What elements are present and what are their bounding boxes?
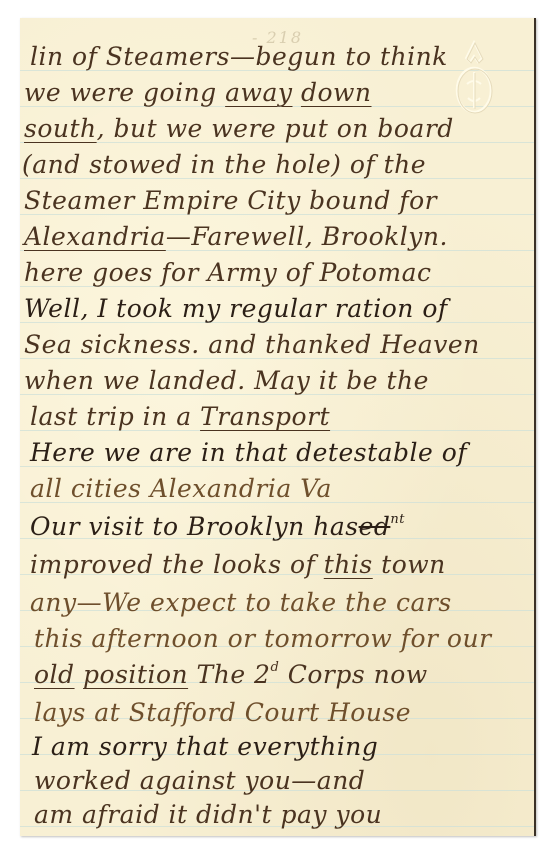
letter-line-17: this afternoon or tomorrow for our	[34, 624, 492, 654]
inserted-correction: nt	[390, 512, 405, 527]
letter-line-10: when we landed. May it be the	[24, 366, 429, 396]
letter-line-22: am afraid it didn't pay you	[34, 800, 382, 830]
letter-line-3: south, but we were put on board	[24, 114, 454, 144]
letter-line-12: Here we are in that detestable of	[30, 438, 467, 468]
letter-line-4: (and stowed in the hole) of the	[22, 150, 426, 180]
underlined-word: Transport	[200, 402, 330, 431]
underlined-word: this	[324, 550, 373, 579]
letter-line-13: all cities Alexandria Va	[30, 474, 332, 504]
letter-line-18: old position The 2d Corps now	[34, 660, 428, 690]
letter-page: - 218 lin of Steamers—begun to think we …	[20, 18, 536, 836]
letter-line-16: any—We expect to take the cars	[30, 588, 452, 618]
letter-line-15: improved the looks of this town	[30, 550, 446, 580]
underlined-word: old	[34, 660, 75, 689]
letter-line-20: I am sorry that everything	[32, 732, 378, 762]
letter-line-1: lin of Steamers—begun to think	[30, 42, 448, 72]
letter-line-6: Alexandria—Farewell, Brooklyn.	[24, 222, 448, 252]
letter-line-7: here goes for Army of Potomac	[24, 258, 432, 288]
embossed-seal-icon	[452, 38, 496, 118]
letter-line-5: Steamer Empire City bound for	[24, 186, 437, 216]
letter-line-14: Our visit to Brooklyn hasednt	[30, 512, 405, 542]
underlined-word: position	[83, 660, 188, 689]
struck-text: ed	[359, 512, 391, 541]
letter-line-9: Sea sickness. and thanked Heaven	[24, 330, 480, 360]
letter-line-2: we were going away down	[24, 78, 372, 108]
letter-line-21: worked against you—and	[34, 766, 365, 796]
letter-line-11: last trip in a Transport	[30, 402, 330, 432]
underlined-word: down	[301, 78, 372, 107]
underlined-word: away	[225, 78, 292, 107]
letter-line-19: lays at Stafford Court House	[34, 698, 411, 728]
underlined-word: south	[24, 114, 97, 143]
letter-line-8: Well, I took my regular ration of	[24, 294, 448, 324]
underlined-word: Alexandria	[24, 222, 166, 251]
